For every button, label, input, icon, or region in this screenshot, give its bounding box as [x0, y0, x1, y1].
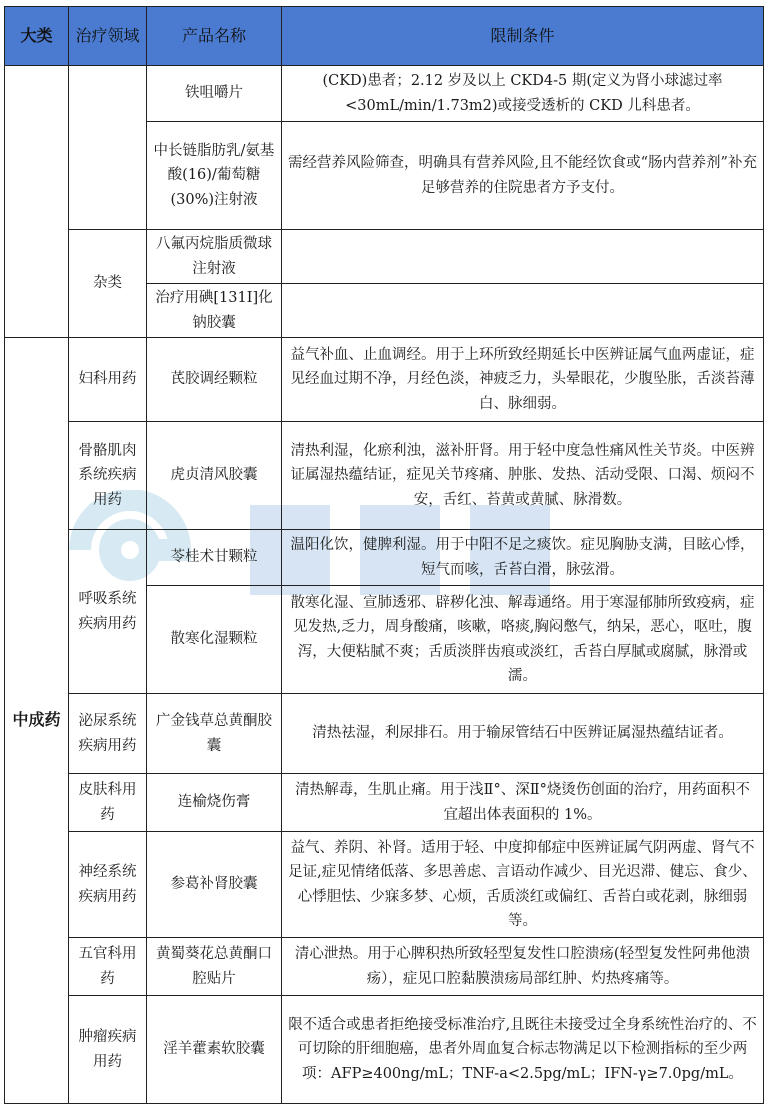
- area-cell: 呼吸系统疾病用药: [69, 530, 147, 694]
- area-cell: 泌尿系统疾病用药: [69, 694, 147, 774]
- header-product: 产品名称: [147, 7, 282, 66]
- area-cell: 皮肤科用药: [69, 774, 147, 832]
- category-cell: 中成药: [5, 338, 69, 1104]
- condition-cell: 清热利湿，化瘀利浊，滋补肝肾。用于轻中度急性痛风性关节炎。中医辨证属湿热蕴结证，…: [282, 422, 764, 530]
- table-row: 呼吸系统疾病用药 苓桂术甘颗粒 温阳化饮，健脾利湿。用于中阳不足之痰饮。症见胸胁…: [5, 530, 764, 586]
- restriction-table: 大类 治疗领域 产品名称 限制条件 铁咀嚼片 (CKD)患者；2.12 岁及以上…: [4, 6, 764, 1104]
- table-row: 骨骼肌肉系统疾病用药 虎贞清风胶囊 清热利湿，化瘀利浊，滋补肝肾。用于轻中度急性…: [5, 422, 764, 530]
- product-cell: 铁咀嚼片: [147, 66, 282, 122]
- area-cell: 五官科用药: [69, 938, 147, 996]
- header-condition: 限制条件: [282, 7, 764, 66]
- header-category: 大类: [5, 7, 69, 66]
- condition-cell: 清心泄热。用于心脾积热所致轻型复发性口腔溃疡(轻型复发性阿弗他溃疡），症见口腔黏…: [282, 938, 764, 996]
- table-row: 肿瘤疾病用药 淫羊藿素软胶囊 限不适合或患者拒绝接受标准治疗,且既往未接受过全身…: [5, 996, 764, 1104]
- area-cell: 肿瘤疾病用药: [69, 996, 147, 1104]
- product-cell: 参葛补肾胶囊: [147, 832, 282, 938]
- table-row: 泌尿系统疾病用药 广金钱草总黄酮胶囊 清热祛湿，利尿排石。用于输尿管结石中医辨证…: [5, 694, 764, 774]
- area-cell: 神经系统疾病用药: [69, 832, 147, 938]
- product-cell: 中长链脂肪乳/氨基酸(16)/葡萄糖(30%)注射液: [147, 122, 282, 230]
- table-header-row: 大类 治疗领域 产品名称 限制条件: [5, 7, 764, 66]
- area-cell: 妇科用药: [69, 338, 147, 422]
- area-cell: 骨骼肌肉系统疾病用药: [69, 422, 147, 530]
- table-row: 中成药 妇科用药 芪胶调经颗粒 益气补血、止血调经。用于上环所致经期延长中医辨证…: [5, 338, 764, 422]
- product-cell: 淫羊藿素软胶囊: [147, 996, 282, 1104]
- condition-cell: (CKD)患者；2.12 岁及以上 CKD4-5 期(定义为肾小球滤过率<30m…: [282, 66, 764, 122]
- table-row: 神经系统疾病用药 参葛补肾胶囊 益气、养阴、补肾。适用于轻、中度抑郁症中医辨证属…: [5, 832, 764, 938]
- condition-cell: 清热解毒，生肌止痛。用于浅Ⅱ°、深Ⅱ°烧烫伤创面的治疗，用药面积不宜超出体表面积…: [282, 774, 764, 832]
- condition-cell: 温阳化饮，健脾利湿。用于中阳不足之痰饮。症见胸胁支满，目眩心悸，短气而咳，舌苔白…: [282, 530, 764, 586]
- product-cell: 芪胶调经颗粒: [147, 338, 282, 422]
- product-cell: 黄蜀葵花总黄酮口腔贴片: [147, 938, 282, 996]
- table-row: 五官科用药 黄蜀葵花总黄酮口腔贴片 清心泄热。用于心脾积热所致轻型复发性口腔溃疡…: [5, 938, 764, 996]
- product-cell: 治疗用碘[131I]化钠胶囊: [147, 284, 282, 338]
- product-cell: 连榆烧伤膏: [147, 774, 282, 832]
- condition-cell: 清热祛湿，利尿排石。用于输尿管结石中医辨证属湿热蕴结证者。: [282, 694, 764, 774]
- product-cell: 八氟丙烷脂质微球注射液: [147, 230, 282, 284]
- table-row: 铁咀嚼片 (CKD)患者；2.12 岁及以上 CKD4-5 期(定义为肾小球滤过…: [5, 66, 764, 122]
- product-cell: 苓桂术甘颗粒: [147, 530, 282, 586]
- condition-cell: 需经营养风险筛查，明确具有营养风险,且不能经饮食或“肠内营养剂”补充足够营养的住…: [282, 122, 764, 230]
- condition-cell: 益气补血、止血调经。用于上环所致经期延长中医辨证属气血两虚证，症见经血过期不净，…: [282, 338, 764, 422]
- table-row: 杂类 八氟丙烷脂质微球注射液: [5, 230, 764, 284]
- condition-cell: 限不适合或患者拒绝接受标准治疗,且既往未接受过全身系统性治疗的、不可切除的肝细胞…: [282, 996, 764, 1104]
- condition-cell: 散寒化湿、宣肺透邪、辟秽化浊、解毒通络。用于寒湿郁肺所致疫病，症见发热,乏力，周…: [282, 586, 764, 694]
- condition-cell: [282, 230, 764, 284]
- condition-cell: 益气、养阴、补肾。适用于轻、中度抑郁症中医辨证属气阴两虚、肾气不足证,症见情绪低…: [282, 832, 764, 938]
- condition-cell: [282, 284, 764, 338]
- header-area: 治疗领域: [69, 7, 147, 66]
- area-cell: [69, 66, 147, 230]
- area-cell: 杂类: [69, 230, 147, 338]
- product-cell: 虎贞清风胶囊: [147, 422, 282, 530]
- table-row: 皮肤科用药 连榆烧伤膏 清热解毒，生肌止痛。用于浅Ⅱ°、深Ⅱ°烧烫伤创面的治疗，…: [5, 774, 764, 832]
- category-cell: [5, 66, 69, 338]
- product-cell: 散寒化湿颗粒: [147, 586, 282, 694]
- product-cell: 广金钱草总黄酮胶囊: [147, 694, 282, 774]
